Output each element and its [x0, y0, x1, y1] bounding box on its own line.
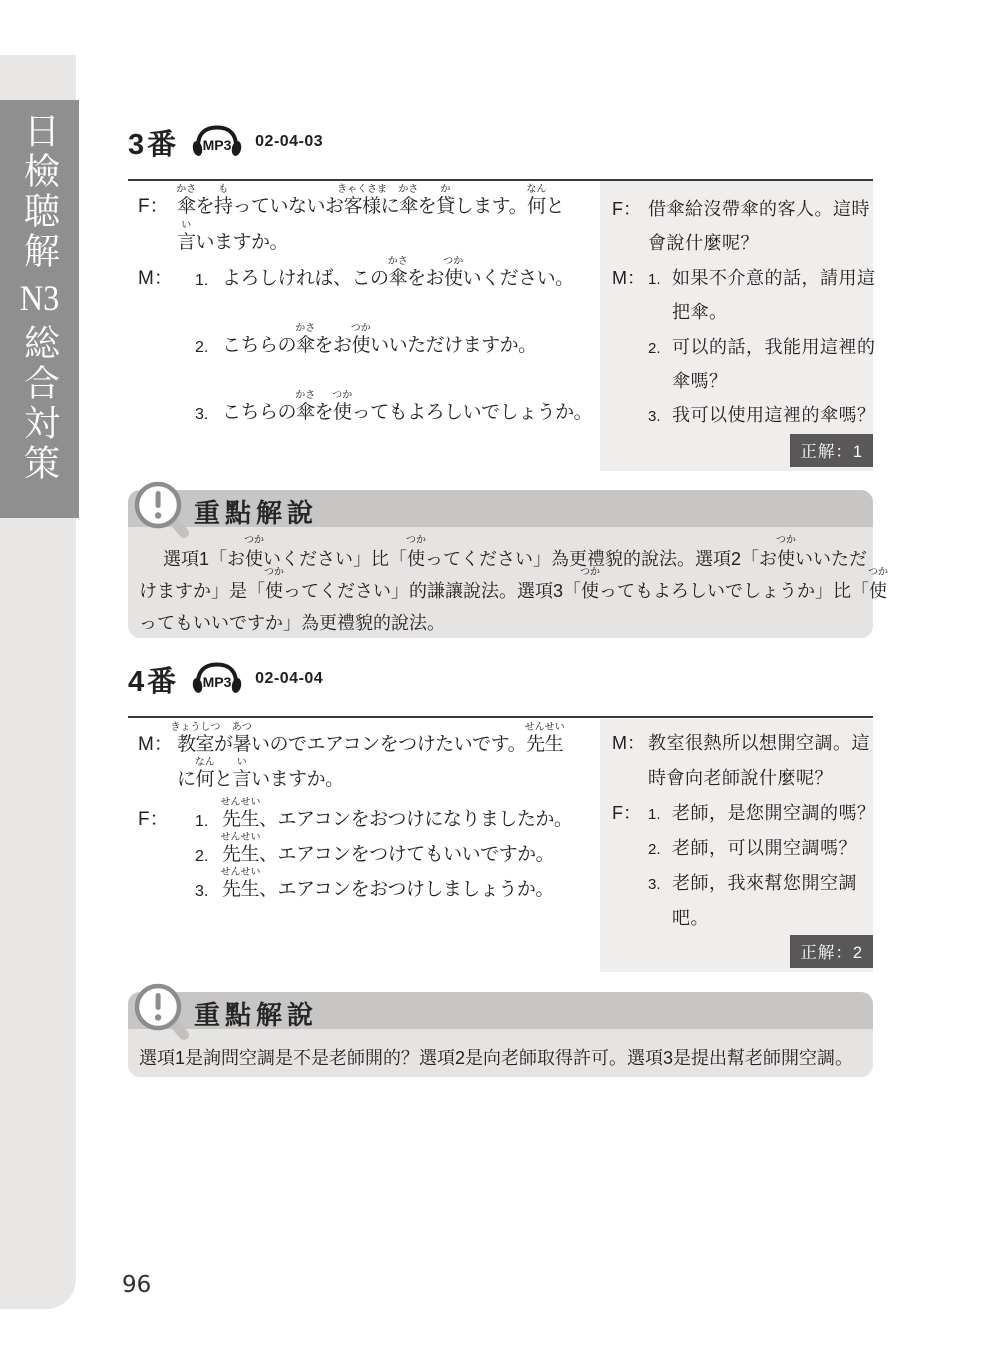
textbook-page: 日檢聴解N3総合対策 3番 MP3 02-04-03 F： 傘かさを持もっていな…	[0, 0, 1000, 1368]
translation-line: 借傘給沒帶傘的客人。這時	[648, 198, 870, 220]
translation-line: 老師，是您開空調的嗎？	[672, 802, 876, 824]
sidebar-title: 日檢聴解N3総合対策	[22, 100, 58, 518]
option-line: 先生せんせい、エアコンをつけてもいいですか。	[222, 845, 554, 865]
speaker-label: M：	[612, 267, 645, 289]
option-number: 1.	[195, 271, 208, 291]
explanation-panel-3: 重點解說 選項1「お使つかいください」比「使つかってください」為更禮貌的說法。選…	[128, 490, 873, 638]
explanation-panel-4: 重點解說 選項1是詢問空調是不是老師開的？選項2是向老師取得許可。選項3是提出幫…	[128, 992, 873, 1077]
dialogue-line: 教室きょうしつが暑あついのでエアコンをつけたいです。先生せんせい	[177, 735, 563, 755]
explanation-title: 重點解說	[194, 995, 318, 1032]
translation-line: 我可以使用這裡的傘嗎？	[672, 404, 876, 426]
sidebar-banner: 日檢聴解N3総合対策	[0, 100, 79, 518]
explanation-line: けますか」是「使つかってください」的謙讓說法。選項3「使つかってもよろしいでしょ…	[139, 580, 887, 602]
translation-line: 把傘。	[672, 301, 728, 323]
option-number: 2.	[648, 338, 661, 360]
answer-badge: 正解：1	[790, 434, 873, 467]
magnifier-alert-icon	[131, 478, 195, 542]
translation-panel-3: F： 借傘給沒帶傘的客人。這時 會說什麼呢？ M： 1. 如果不介意的話，請用這…	[600, 181, 873, 471]
speaker-label: F：	[138, 197, 169, 217]
svg-text:MP3: MP3	[203, 674, 232, 690]
option-line: 先生せんせい、エアコンをおつけしましょうか。	[222, 880, 554, 900]
translation-line: 會說什麼呢？	[648, 232, 759, 254]
section-3-header: 3番 MP3 02-04-03	[128, 124, 323, 160]
speaker-label: M：	[612, 732, 645, 754]
section-number: 3番	[128, 122, 179, 163]
option-number: 2.	[648, 839, 661, 861]
option-number: 1.	[648, 269, 661, 291]
translation-line: 可以的話，我能用這裡的	[672, 336, 876, 358]
option-number: 1.	[195, 812, 208, 832]
speaker-label: F：	[612, 198, 641, 220]
option-number: 2.	[195, 847, 208, 867]
mp3-headphone-icon: MP3	[191, 124, 243, 160]
mp3-headphone-icon: MP3	[191, 661, 243, 697]
option-line: よろしければ、この傘かさをお使つかいください。	[222, 269, 574, 289]
dialogue-line: に何なんと言いいますか。	[177, 770, 344, 790]
track-number: 02-04-03	[255, 133, 323, 151]
explanation-line: ってもいいですか」為更禮貌的說法。	[139, 612, 445, 634]
option-number: 3.	[195, 882, 208, 902]
page-number: 96	[122, 1272, 151, 1298]
option-line: 先生せんせい、エアコンをおつけになりましたか。	[222, 810, 572, 830]
dialogue-line: 傘かさを持もっていないお客様きゃくさまに傘かさを貸かします。何なんと	[177, 197, 564, 217]
divider-rule	[128, 716, 873, 718]
translation-line: 如果不介意的話，請用這	[672, 267, 876, 289]
dialogue-line: 言いいますか。	[177, 233, 288, 253]
svg-text:MP3: MP3	[203, 137, 232, 153]
speaker-label: M：	[138, 269, 173, 289]
option-line: こちらの傘かさを使つかってもよろしいでしょうか。	[222, 403, 592, 423]
translation-line: 吧。	[672, 907, 709, 929]
translation-line: 老師，可以開空調嗎？	[672, 837, 857, 859]
option-line: こちらの傘かさをお使つかいいただけますか。	[222, 336, 537, 356]
option-number: 1.	[648, 804, 661, 826]
speaker-label: F：	[138, 810, 169, 830]
option-number: 3.	[648, 874, 661, 896]
magnifier-alert-icon	[131, 980, 195, 1044]
speaker-label: M：	[138, 735, 173, 755]
option-number: 3.	[648, 406, 661, 428]
track-number: 02-04-04	[255, 670, 323, 688]
translation-line: 老師，我來幫您開空調	[672, 872, 857, 894]
speaker-label: F：	[612, 802, 641, 824]
translation-line: 傘嗎？	[672, 370, 728, 392]
answer-badge: 正解：2	[790, 935, 873, 968]
translation-line: 時會向老師說什麼呢？	[648, 767, 833, 789]
translation-line: 教室很熱所以想開空調。這	[648, 732, 870, 754]
explanation-line: 選項1是詢問空調是不是老師開的？選項2是向老師取得許可。選項3是提出幫老師開空調…	[139, 1047, 853, 1069]
option-number: 2.	[195, 338, 208, 358]
explanation-title: 重點解說	[194, 493, 318, 530]
section-number: 4番	[128, 659, 179, 700]
section-4-header: 4番 MP3 02-04-04	[128, 661, 323, 697]
option-number: 3.	[195, 405, 208, 425]
translation-panel-4: M： 教室很熱所以想開空調。這 時會向老師說什麼呢？ F： 1. 老師，是您開空…	[600, 719, 873, 972]
